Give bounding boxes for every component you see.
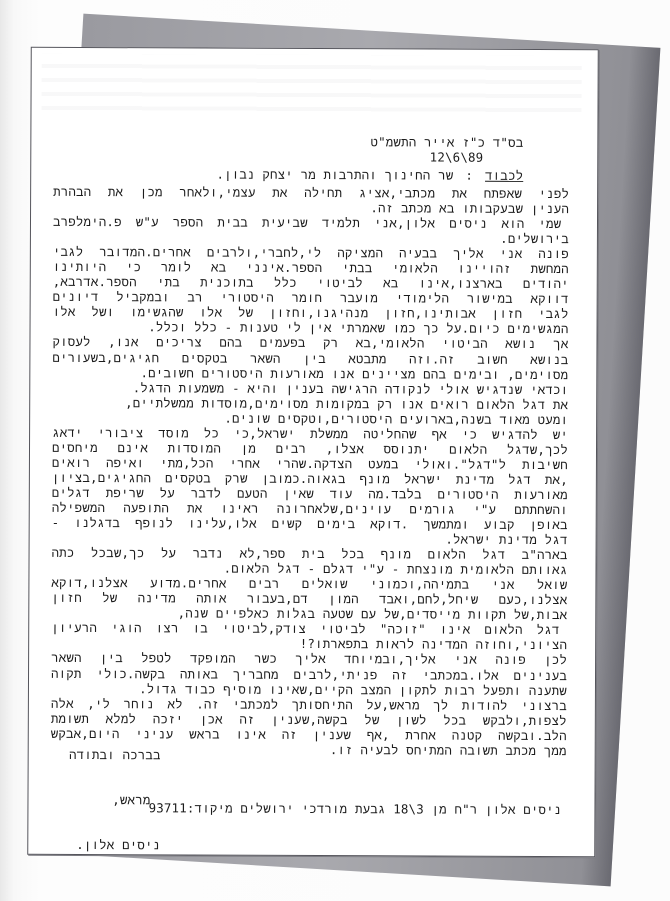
letter-body-line: בארה"ב דגל הלאום מונף בכל בית ספר,לא נדב… — [52, 545, 568, 562]
closing-greeting-cont: מראש, — [69, 792, 161, 807]
letter-body-line: באופן קבוע ומתמשך .דוקא בימים קשים אלו,ע… — [52, 515, 568, 532]
recipient-name: שר החינוך והתרבות מר יצחק נבון. — [216, 167, 453, 183]
scanned-letter-scene: בס"ד כ"ז אייר התשמ"ט 12\6\89 לכבוד:שר הח… — [0, 0, 670, 901]
recipient-label: לכבוד — [485, 168, 523, 183]
letter-body-line: ברצוני להודות לך מראש,על התיחסותך למכתבי… — [51, 695, 567, 712]
letter-body-line: דגל הלאום אינו "זוכה" לביטוי צודק,לביטוי… — [51, 620, 567, 637]
sender-address: ניסים אלון ר"ח מן 3\18 גבעת מורדכי ירושל… — [149, 800, 562, 817]
letter-body-line: בנושא חשוב זה.וזה מתבטא בין השאר בטקסים … — [52, 349, 568, 366]
letter-body: לפני שאפתח את מכתבי,אציג תחילה את עצמי,ו… — [51, 184, 569, 758]
hebrew-date: בס"ד כ"ז אייר התשמ"ט — [370, 134, 523, 150]
recipient-colon: : — [465, 168, 473, 183]
letter-body-line: אך נושא הביטוי הלאומי,בא רק בפעמים בהם צ… — [52, 334, 568, 351]
closing-greeting: בברכה ובתודה — [69, 747, 161, 762]
letter-page: בס"ד כ"ז אייר התשמ"ט 12\6\89 לכבוד:שר הח… — [27, 47, 599, 857]
letter-body-line: בענינים אלו.במכתבי זה פניתי,לרבים מחבריך… — [51, 665, 567, 682]
letter-body-line: לגבי חזון אבותינו,חזון מנהיגנו,וחזון של … — [53, 304, 569, 321]
letter-body-line: לפני שאפתח את מכתבי,אציג תחילה את עצמי,ו… — [53, 184, 569, 201]
letter-body-line: את דגל הלאום רואים אנו רק במקומות מסוימי… — [52, 395, 568, 412]
letter-body-line: אצלנו,כעם שיחל,לחם,ואבד המון דם,בעבור או… — [51, 590, 567, 607]
letter-body-line: שמי הוא ניסים אלון,אני תלמיד שביעית בבית… — [53, 214, 569, 231]
letter-closing: בברכה ובתודה מראש, ניסים אלון. — [68, 717, 160, 882]
signature-name: ניסים אלון. — [69, 837, 161, 852]
letter-body-line: לכן פונה אני אליך,ובמיוחד אליך כשר המופק… — [51, 650, 567, 667]
